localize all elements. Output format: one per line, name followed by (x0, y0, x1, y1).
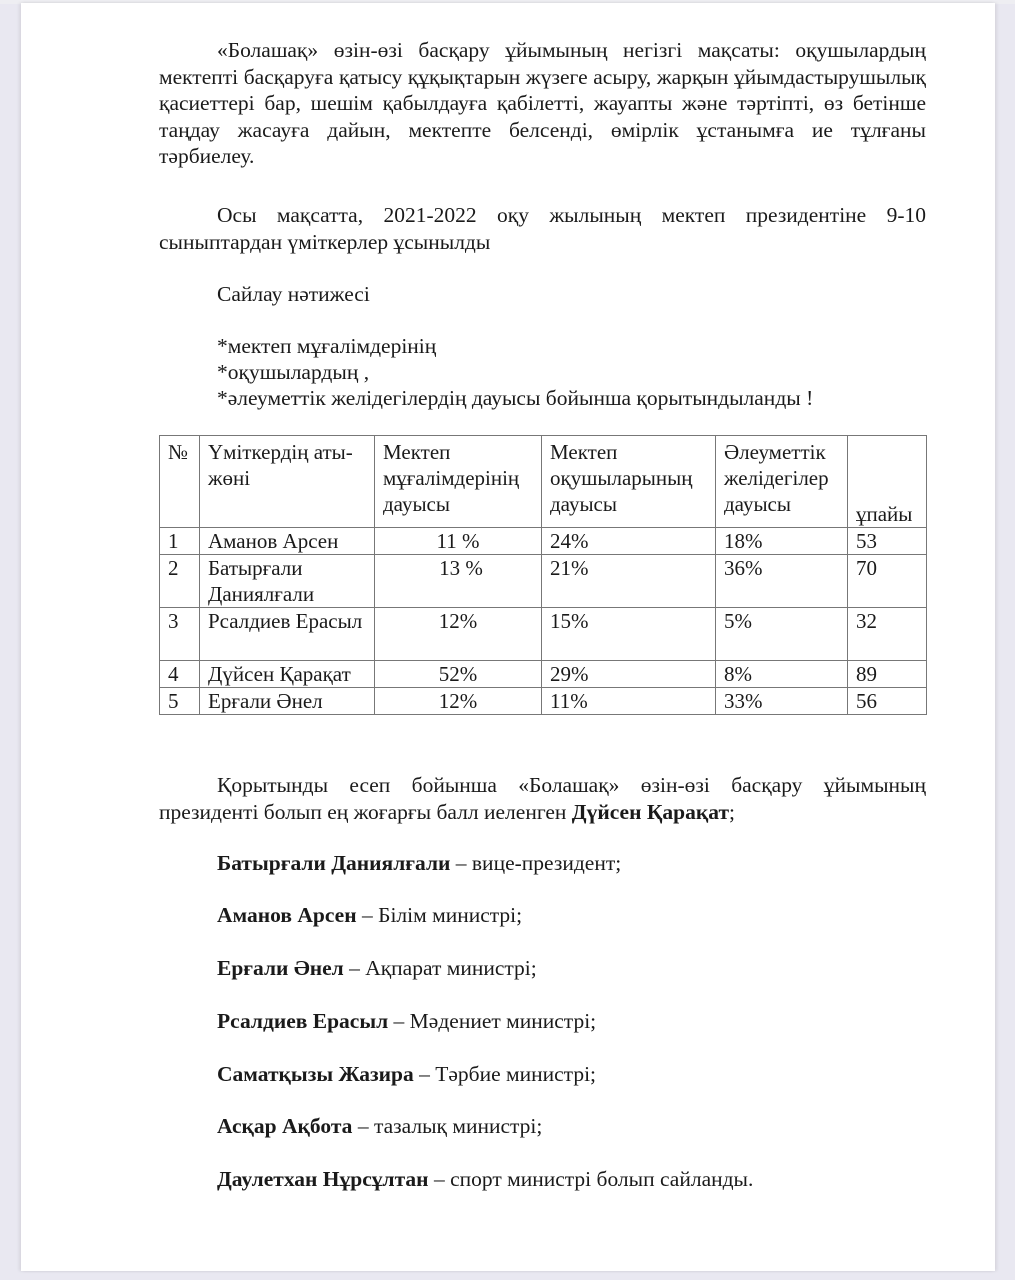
cell-teachers: 12% (375, 688, 542, 715)
header-students-vote: Мектеп оқушыларының дауысы (542, 436, 716, 528)
appointee-role: – Тәрбие министрі; (414, 1062, 596, 1086)
cell-number: 4 (160, 661, 200, 688)
table-row: 4 Дүйсен Қарақат 52% 29% 8% 89 (160, 661, 927, 688)
cell-social: 8% (716, 661, 848, 688)
appointment-line: Даулетхан Нұрсұлтан – спорт министрі бол… (217, 1166, 753, 1192)
cell-number: 2 (160, 555, 200, 608)
cell-students: 29% (542, 661, 716, 688)
appointee-name: Асқар Ақбота (217, 1114, 352, 1138)
cell-score: 70 (848, 555, 927, 608)
cell-name: Рсалдиев Ерасыл (200, 608, 375, 661)
appointee-role: – Ақпарат министрі; (344, 956, 537, 980)
cell-name: Батырғали Даниялғали (200, 555, 375, 608)
cell-score: 89 (848, 661, 927, 688)
appointment-line: Батырғали Даниялғали – вице-президент; (217, 850, 621, 876)
cell-teachers: 52% (375, 661, 542, 688)
table-row: 2 Батырғали Даниялғали 13 % 21% 36% 70 (160, 555, 927, 608)
appointee-name: Ерғали Әнел (217, 956, 344, 980)
intro-paragraph: «Болашақ» өзін-өзі басқару ұйымының негі… (159, 37, 926, 170)
cell-score: 53 (848, 528, 927, 555)
cell-students: 21% (542, 555, 716, 608)
cell-teachers: 12% (375, 608, 542, 661)
header-score: ұпайы (848, 436, 927, 528)
cell-students: 15% (542, 608, 716, 661)
cell-name: Дүйсен Қарақат (200, 661, 375, 688)
appointee-role: – тазалық министрі; (352, 1114, 542, 1138)
cell-social: 33% (716, 688, 848, 715)
cell-teachers: 11 % (375, 528, 542, 555)
cell-score: 56 (848, 688, 927, 715)
cell-students: 11% (542, 688, 716, 715)
criteria-item: *оқушылардың , (217, 359, 369, 385)
appointment-line: Аманов Арсен – Білім министрі; (217, 902, 522, 928)
cell-name: Аманов Арсен (200, 528, 375, 555)
criteria-item: *мектеп мұғалімдерінің (217, 333, 436, 359)
appointee-name: Батырғали Даниялғали (217, 851, 450, 875)
purpose-paragraph: Осы мақсатта, 2021-2022 оқу жылының мект… (159, 202, 926, 255)
appointment-line: Асқар Ақбота – тазалық министрі; (217, 1113, 542, 1139)
election-results-table: № Үміткердің аты-жөні Мектеп мұғалімдері… (159, 435, 927, 715)
header-social-vote: Әлеуметтік желідегілер дауысы (716, 436, 848, 528)
cell-teachers: 13 % (375, 555, 542, 608)
table-row: 3 Рсалдиев Ерасыл 12% 15% 5% 32 (160, 608, 927, 661)
cell-social: 5% (716, 608, 848, 661)
appointment-line: Ерғали Әнел – Ақпарат министрі; (217, 955, 537, 981)
appointee-role: – Мәдениет министрі; (388, 1009, 596, 1033)
winner-name: Дүйсен Қарақат (572, 800, 729, 824)
header-candidate-name: Үміткердің аты-жөні (200, 436, 375, 528)
table-header-row: № Үміткердің аты-жөні Мектеп мұғалімдері… (160, 436, 927, 528)
table-row: 1 Аманов Арсен 11 % 24% 18% 53 (160, 528, 927, 555)
cell-number: 3 (160, 608, 200, 661)
appointee-role: – спорт министрі болып сайланды. (429, 1167, 754, 1191)
conclusion-text: Қорытынды есеп бойынша «Болашақ» өзін-өз… (159, 773, 926, 824)
cell-name: Ерғали Әнел (200, 688, 375, 715)
appointee-name: Даулетхан Нұрсұлтан (217, 1167, 429, 1191)
appointee-name: Аманов Арсен (217, 903, 357, 927)
appointee-role: – Білім министрі; (357, 903, 523, 927)
appointee-role: – вице-президент; (450, 851, 621, 875)
appointment-line: Саматқызы Жазира – Тәрбие министрі; (217, 1061, 596, 1087)
results-heading: Сайлау нәтижесі (217, 281, 370, 307)
cell-social: 36% (716, 555, 848, 608)
table-row: 5 Ерғали Әнел 12% 11% 33% 56 (160, 688, 927, 715)
header-number: № (160, 436, 200, 528)
appointee-name: Рсалдиев Ерасыл (217, 1009, 388, 1033)
conclusion-end: ; (729, 800, 735, 824)
header-teachers-vote: Мектеп мұғалімдерінің дауысы (375, 436, 542, 528)
cell-score: 32 (848, 608, 927, 661)
cell-number: 1 (160, 528, 200, 555)
conclusion-paragraph: Қорытынды есеп бойынша «Болашақ» өзін-өз… (159, 772, 926, 825)
criteria-item: *әлеуметтік желідегілердің дауысы бойынш… (217, 385, 813, 411)
appointment-line: Рсалдиев Ерасыл – Мәдениет министрі; (217, 1008, 596, 1034)
cell-number: 5 (160, 688, 200, 715)
cell-students: 24% (542, 528, 716, 555)
cell-social: 18% (716, 528, 848, 555)
appointee-name: Саматқызы Жазира (217, 1062, 414, 1086)
